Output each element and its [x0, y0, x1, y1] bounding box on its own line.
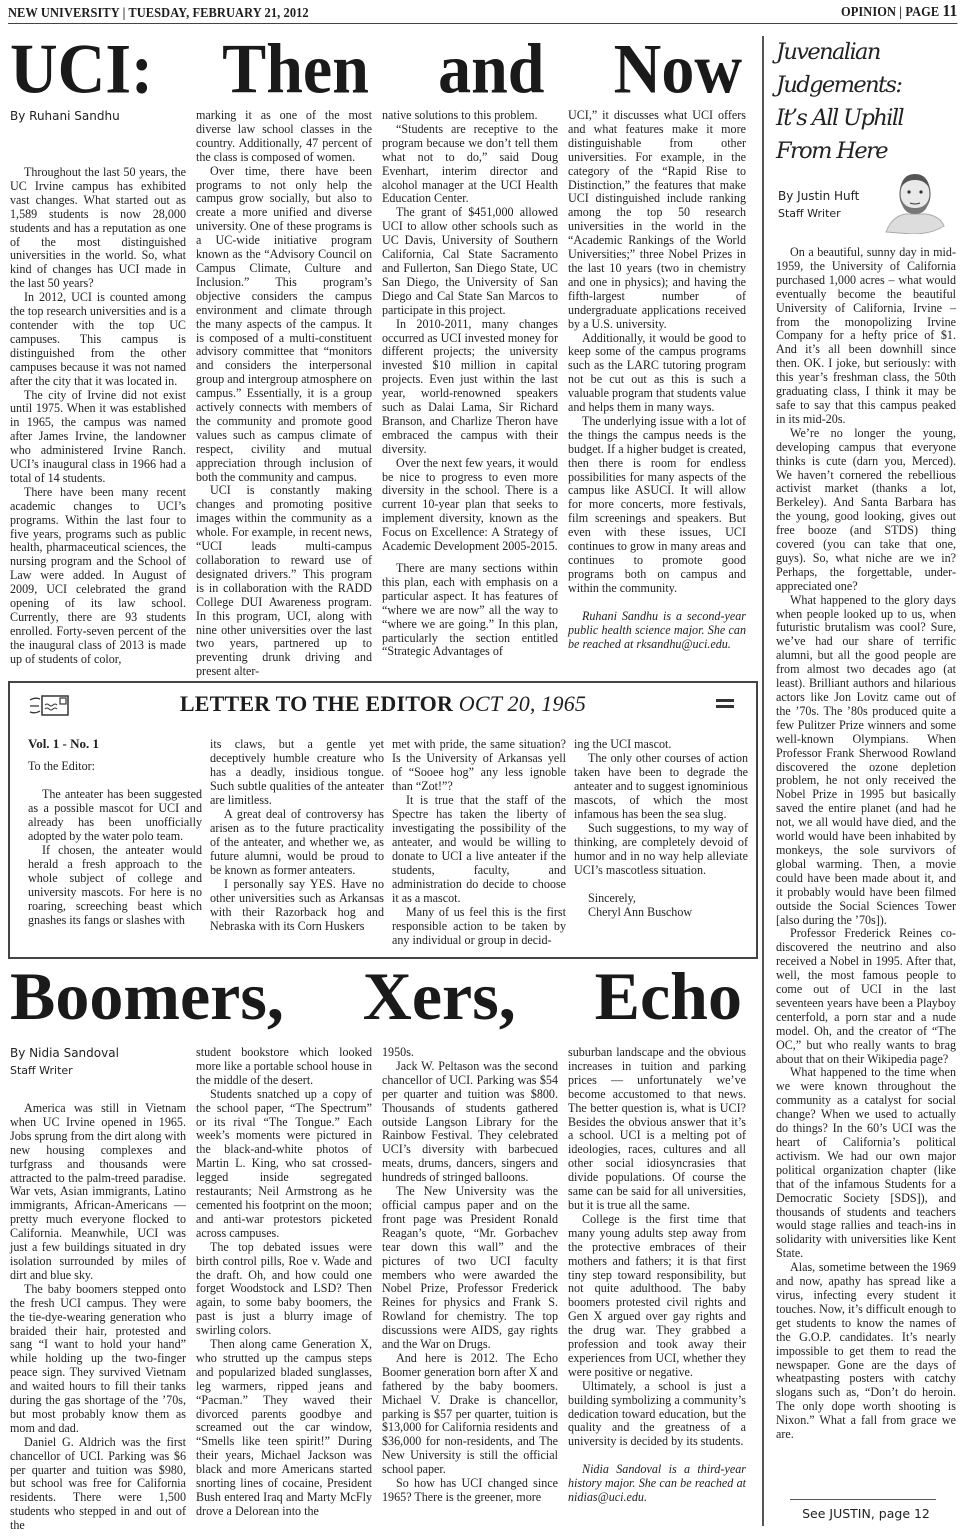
double-rule-icon: [716, 699, 734, 708]
sidebar-body: On a beautiful, sunny day in mid-1959, t…: [776, 246, 956, 1442]
paragraph: What happened to the time when we were k…: [776, 1066, 956, 1261]
headline-word: Echo: [595, 962, 742, 1030]
paragraph: Professor Frederick Reines co-discovered…: [776, 927, 956, 1066]
paragraph: ing the UCI mascot.: [574, 737, 748, 751]
author-tagline: Nidia Sandoval is a third-year history m…: [568, 1463, 746, 1505]
paragraph: its claws, but a gentle yet deceptively …: [210, 737, 384, 807]
paragraph: UCI,” it discusses what UCI offers and w…: [568, 109, 746, 332]
article2-column-4: suburban landscape and the obvious incre…: [568, 1046, 746, 1505]
article2-column-1: America was still in Vietnam when UC Irv…: [10, 1102, 186, 1533]
paragraph: suburban landscape and the obvious incre…: [568, 1046, 746, 1213]
paragraph: Then along came Generation X, who strutt…: [196, 1338, 372, 1519]
paragraph: The baby boomers stepped onto the fresh …: [10, 1283, 186, 1436]
letter-column-4: ing the UCI mascot. The only other cours…: [574, 737, 748, 919]
paragraph: The city of Irvine did not exist until 1…: [10, 389, 186, 486]
paragraph: Alas, sometime between the 1969 and now,…: [776, 1261, 956, 1442]
paragraph: Students snatched up a copy of the schoo…: [196, 1088, 372, 1241]
paragraph: There are many sections within this plan…: [382, 562, 558, 659]
author-role: Staff Writer: [10, 1062, 119, 1079]
headline-word: Xers,: [363, 962, 516, 1030]
letter-to-editor-box: LETTER TO THE EDITOR OCT 20, 1965 Vol. 1…: [8, 681, 758, 959]
paragraph: The only other courses of action taken h…: [574, 751, 748, 821]
article1-column-4: UCI,” it discusses what UCI offers and w…: [568, 109, 746, 651]
paragraph: The top debated issues were birth contro…: [196, 1241, 372, 1338]
article1-column-1: Throughout the last 50 years, the UC Irv…: [10, 166, 186, 667]
paragraph: What happened to the glory days when peo…: [776, 594, 956, 928]
paragraph: We’re no longer the young, developing ca…: [776, 427, 956, 594]
letter-column-2: its claws, but a gentle yet deceptively …: [210, 737, 384, 933]
author-role: Staff Writer: [778, 205, 859, 222]
paragraph: marking it as one of the most diverse la…: [196, 109, 372, 165]
paragraph: College is the first time that many youn…: [568, 1213, 746, 1380]
author-name: By Nidia Sandoval: [10, 1045, 119, 1062]
headline-line: From Here: [776, 135, 956, 168]
paragraph: Ultimately, a school is just a building …: [568, 1380, 746, 1450]
sidebar-byline: By Justin Huft Staff Writer: [778, 188, 859, 222]
headline-word: UCI:: [10, 34, 153, 105]
letter-column-3: met with pride, the same situation? Is t…: [392, 737, 566, 947]
folio-section-label: OPINION | PAGE: [841, 4, 943, 19]
page-folio: NEW UNIVERSITY | TUESDAY, FEBRUARY 21, 2…: [8, 4, 957, 24]
paragraph: Over time, there have been programs to n…: [196, 165, 372, 485]
paragraph: America was still in Vietnam when UC Irv…: [10, 1102, 186, 1283]
paragraph: Additionally, it would be good to keep s…: [568, 332, 746, 415]
paragraph: A great deal of controversy has arisen a…: [210, 807, 384, 877]
paragraph: In 2012, UCI is counted among the top re…: [10, 291, 186, 388]
letter-volume: Vol. 1 - No. 1: [28, 737, 202, 751]
paragraph: So how has UCI changed since 1965? There…: [382, 1477, 558, 1505]
paragraph: Jack W. Peltason was the second chancell…: [382, 1060, 558, 1185]
jump-rule: [790, 1499, 936, 1500]
paragraph: Over the next few years, it would be nic…: [382, 457, 558, 554]
article1-column-3: native solutions to this problem. “Stude…: [382, 109, 558, 659]
headline-line: It’s All Uphill: [776, 102, 956, 135]
paragraph: If chosen, the anteater would herald a f…: [28, 843, 202, 927]
column-divider: [762, 36, 764, 1526]
paragraph: There have been many recent academic cha…: [10, 486, 186, 667]
headline-word: Then: [222, 34, 369, 105]
letter-title-label: LETTER TO THE EDITOR: [180, 691, 459, 716]
paragraph: The anteater has been suggested as a pos…: [28, 787, 202, 843]
headline-line: Juvenalian: [776, 36, 956, 69]
paragraph: met with pride, the same situation? Is t…: [392, 737, 566, 793]
jump-link[interactable]: See JUSTIN, page 12: [776, 1506, 956, 1521]
paragraph: Daniel G. Aldrich was the first chancell…: [10, 1436, 186, 1533]
sidebar-headline: Juvenalian Judgements: It’s All Uphill F…: [776, 36, 956, 168]
article2-byline: By Nidia Sandoval Staff Writer: [10, 1045, 119, 1079]
article1-byline: By Ruhani Sandhu: [10, 108, 120, 125]
paragraph: Many of us feel this is the first respon…: [392, 905, 566, 947]
paragraph: In 2010-2011, many changes occurred as U…: [382, 318, 558, 457]
paragraph: native solutions to this problem.: [382, 109, 558, 123]
paragraph: And here is 2012. The Echo Boomer genera…: [382, 1352, 558, 1477]
folio-section: OPINION | PAGE 11: [841, 1, 957, 21]
paragraph: The New University was the official camp…: [382, 1185, 558, 1352]
author-tagline: Ruhani Sandhu is a second-year public he…: [568, 610, 746, 652]
paragraph: student bookstore which looked more like…: [196, 1046, 372, 1088]
article1-headline: UCI: Then and Now: [10, 34, 742, 105]
paragraph: Throughout the last 50 years, the UC Irv…: [10, 166, 186, 291]
paragraph: Such suggestions, to my way of thinking,…: [574, 821, 748, 877]
folio-publication-date: NEW UNIVERSITY | TUESDAY, FEBRUARY 21, 2…: [8, 5, 309, 21]
paragraph: 1950s.: [382, 1046, 558, 1060]
article2-column-3: 1950s. Jack W. Peltason was the second c…: [382, 1046, 558, 1505]
article2-column-2: student bookstore which looked more like…: [196, 1046, 372, 1519]
paragraph: It is true that the staff of the Spectre…: [392, 793, 566, 905]
letter-date: OCT 20, 1965: [459, 691, 586, 716]
headline-line: Judgements:: [776, 69, 956, 102]
paragraph: The underlying issue with a lot of the t…: [568, 415, 746, 596]
article2-headline: Boomers, Xers, Echo: [10, 962, 742, 1030]
paragraph: I personally say YES. Have no other univ…: [210, 877, 384, 933]
author-name: By Justin Huft: [778, 188, 859, 205]
folio-page-number: 11: [942, 1, 957, 20]
headline-word: Boomers,: [10, 962, 284, 1030]
paragraph: “Students are receptive to the program b…: [382, 123, 558, 206]
headline-word: Now: [614, 34, 742, 105]
paragraph: On a beautiful, sunny day in mid-1959, t…: [776, 246, 956, 427]
paragraph: The grant of $451,000 allowed UCI to all…: [382, 206, 558, 317]
letter-column-1: Vol. 1 - No. 1 To the Editor: The anteat…: [28, 737, 202, 927]
article1-column-2: marking it as one of the most diverse la…: [196, 109, 372, 679]
letter-signature: Cheryl Ann Buschow: [574, 905, 748, 919]
letter-title: LETTER TO THE EDITOR OCT 20, 1965: [10, 691, 756, 717]
paragraph: UCI is constantly making changes and pro…: [196, 484, 372, 679]
headline-word: and: [438, 34, 544, 105]
letter-salutation: To the Editor:: [28, 759, 202, 773]
columnist-avatar: [882, 170, 948, 234]
letter-closing: Sincerely,: [574, 891, 748, 905]
